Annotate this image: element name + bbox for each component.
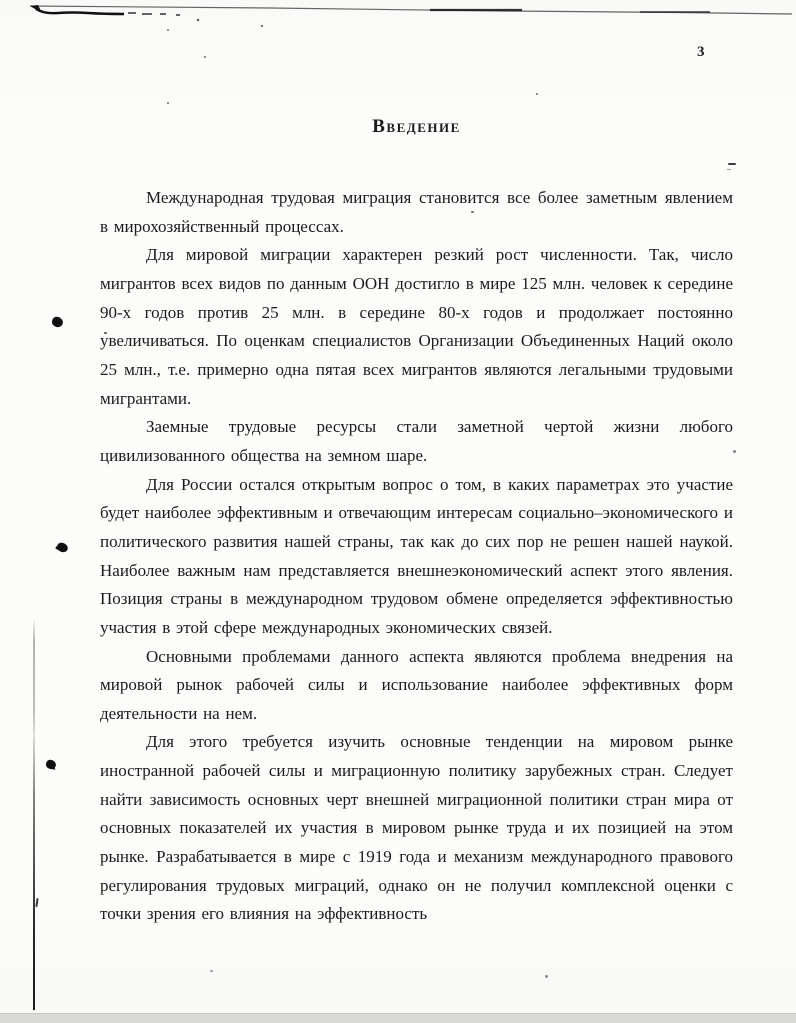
paragraph: Заемные трудовые ресурсы стали заметной … [100,413,733,470]
scan-speck [536,93,538,95]
ink-blob-artifact [45,759,57,771]
paragraph: Для России остался открытым вопрос о том… [100,471,733,643]
scan-artifact-left-line [33,618,35,1010]
scan-speck [104,332,107,334]
scan-speck [210,970,213,972]
paragraph: Международная трудовая миграция становит… [100,184,733,241]
scan-artifact-dash [727,169,731,170]
scan-speck [733,450,736,453]
page-title: Введение [100,116,733,138]
scan-speck [167,102,169,104]
document-content: Введение Международная трудовая миграция… [100,116,733,929]
ink-blob-artifact [51,316,65,329]
scanned-document-page: 3 Введение Международная трудовая миграц… [0,0,796,1023]
ink-blob-artifact [56,542,69,554]
scan-speck [545,975,548,978]
scan-artifact-dash [728,163,736,165]
page-number: 3 [697,44,705,61]
paragraph: Для мировой миграции характерен резкий р… [100,241,733,413]
paragraph: Основными проблемами данного аспекта явл… [100,643,733,729]
scan-speck [204,56,206,58]
paragraph: Для этого требуется изучить основные тен… [100,728,733,929]
scan-artifact-tick [35,898,38,907]
body-text: Международная трудовая миграция становит… [100,184,733,929]
scan-speck [471,211,474,213]
scan-artifact-bottom-band [0,1013,796,1023]
scan-artifact-top-edge [0,0,796,32]
